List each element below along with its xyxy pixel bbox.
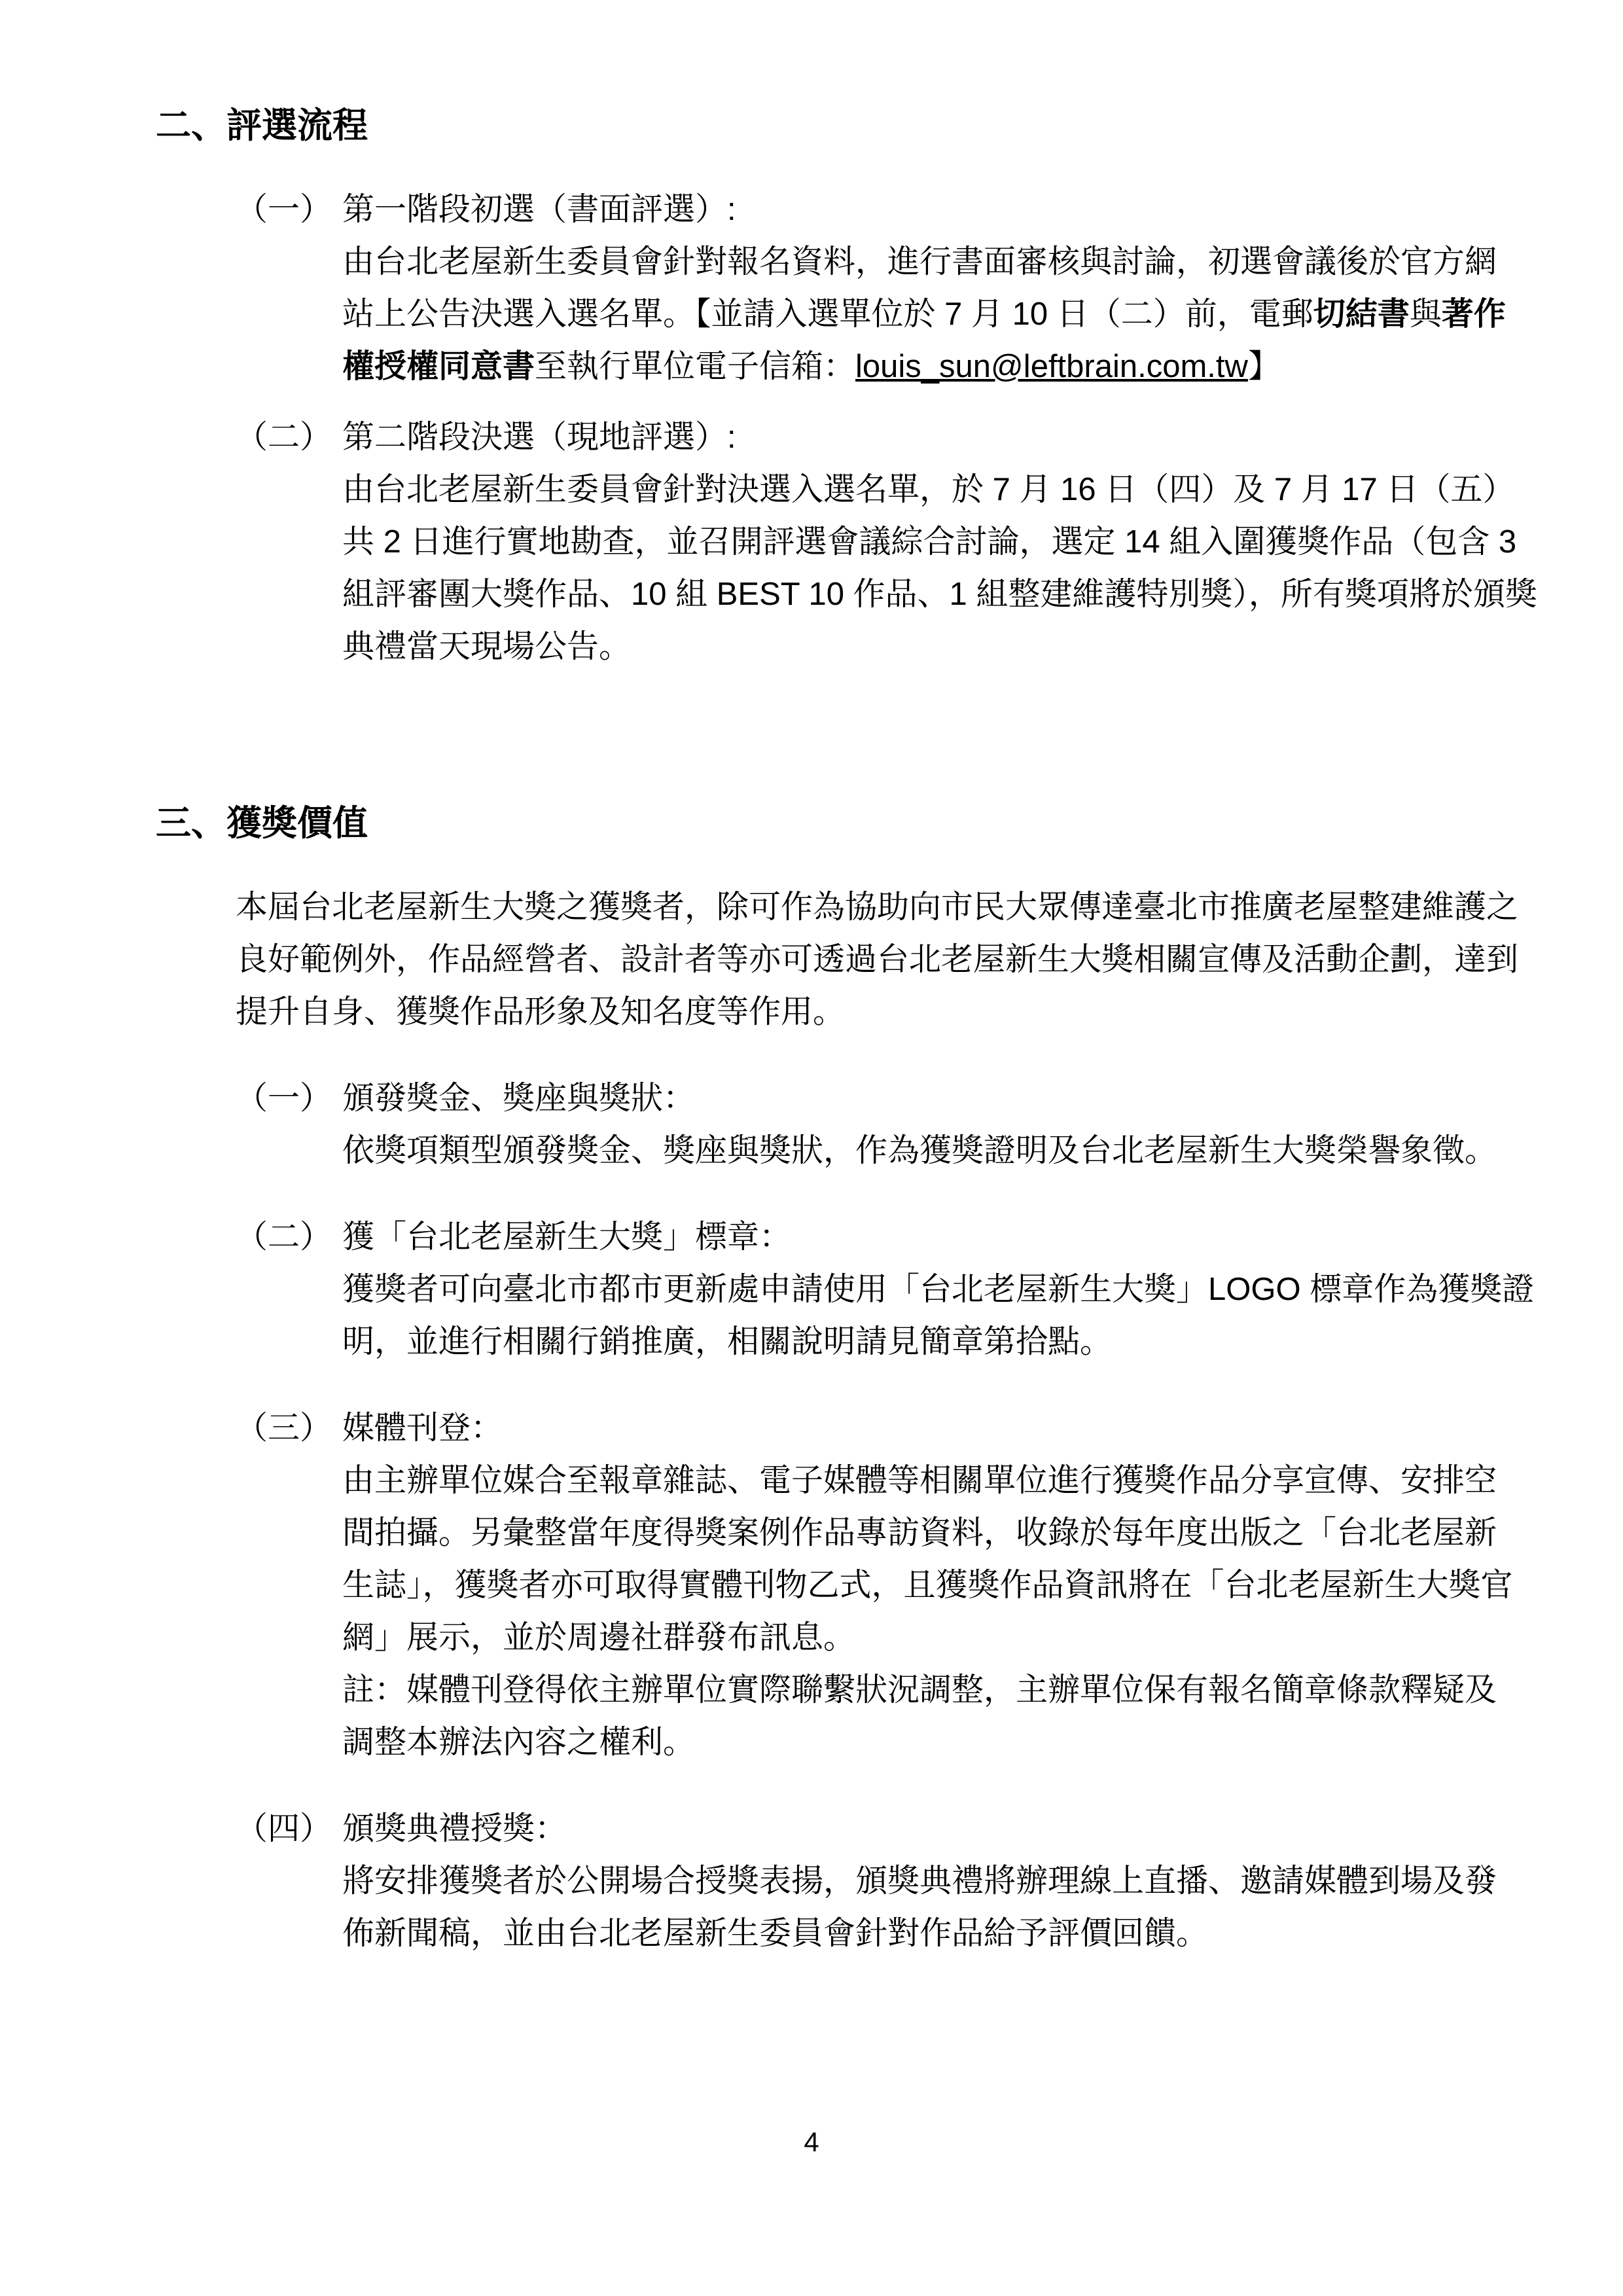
- section-heading-2: 二、評選流程: [156, 99, 1623, 152]
- text-segment-bold: 著作: [1442, 296, 1506, 332]
- text-segment: 】: [1248, 349, 1280, 384]
- text-line: 提升自身、獲獎作品形象及知名度等作用。: [236, 986, 1518, 1038]
- text-line: 依獎項類型頒發獎金、獎座與獎狀，作為獲獎證明及台北老屋新生大獎榮譽象徵。: [342, 1124, 1518, 1177]
- text-line: 良好範例外，作品經營者、設計者等亦可透過台北老屋新生大獎相關宣傳及活動企劃，達到: [236, 933, 1518, 986]
- list-item-marker: （一）: [236, 183, 342, 236]
- list-item-title: 頒獎典禮授獎：: [342, 1811, 567, 1846]
- text-line: 調整本辦法內容之權利。: [342, 1716, 1518, 1768]
- list-item-title: 第二階段決選（現地評選）:: [342, 420, 736, 455]
- text-line: 生誌」，獲獎者亦可取得實體刊物乙式，且獲獎作品資訊將在「台北老屋新生大獎官: [342, 1559, 1518, 1611]
- text-segment: 至執行單位電子信箱：: [535, 349, 855, 384]
- text-line: 本屆台北老屋新生大獎之獲獎者，除可作為協助向市民大眾傳達臺北市推廣老屋整建維護之: [236, 881, 1518, 933]
- text-line: 由台北老屋新生委員會針對決選入選名單，於 7 月 16 日（四）及 7 月 17…: [342, 463, 1518, 516]
- text-line: 站上公告決選入選名單。【並請入選單位於 7 月 10 日（二）前，電郵切結書與著…: [342, 288, 1518, 340]
- list-item-head: （三）媒體刊登：: [0, 1402, 1623, 1454]
- text-line: 明，並進行相關行銷推廣，相關說明請見簡章第拾點。: [342, 1316, 1518, 1368]
- text-line: 組評審團大獎作品、10 組 BEST 10 作品、1 組整建維護特別獎），所有獎…: [342, 568, 1518, 620]
- list-item-head: （二）獲「台北老屋新生大獎」標章：: [0, 1211, 1623, 1263]
- list-item-head: （二）第二階段決選（現地評選）:: [0, 411, 1623, 463]
- list-item-marker: （一）: [236, 1072, 342, 1124]
- text-line: 註：媒體刊登得依主辦單位實際聯繫狀況調整，主辦單位保有報名簡章條款釋疑及: [342, 1664, 1518, 1716]
- page-number: 4: [0, 2127, 1623, 2157]
- text-line: 獲獎者可向臺北市都市更新處申請使用「台北老屋新生大獎」LOGO 標章作為獲獎證: [342, 1263, 1518, 1316]
- text-segment-bold: 權授權同意書: [342, 349, 535, 384]
- list-item-marker: （三）: [236, 1402, 342, 1454]
- document-body: 二、評選流程 （一）第一階段初選（書面評選）: 由台北老屋新生委員會針對報名資料…: [0, 0, 1623, 1960]
- document-page: 二、評選流程 （一）第一階段初選（書面評選）: 由台北老屋新生委員會針對報名資料…: [0, 0, 1623, 2296]
- text-segment: 與: [1410, 296, 1442, 332]
- list-item-head: （一）第一階段初選（書面評選）:: [0, 183, 1623, 236]
- text-line: 將安排獲獎者於公開場合授獎表揚，頒獎典禮將辦理線上直播、邀請媒體到場及發: [342, 1855, 1518, 1907]
- email-link[interactable]: louis_sun@leftbrain.com.tw: [855, 349, 1248, 384]
- text-segment: 站上公告決選入選名單。【並請入選單位於 7 月 10 日（二）前，電郵: [342, 296, 1313, 332]
- list-item-title: 獲「台北老屋新生大獎」標章：: [342, 1219, 791, 1255]
- text-line: 由台北老屋新生委員會針對報名資料，進行書面審核與討論，初選會議後於官方網: [342, 236, 1518, 288]
- text-line: 典禮當天現場公告。: [342, 620, 1518, 673]
- text-line: 權授權同意書至執行單位電子信箱：louis_sun@leftbrain.com.…: [342, 340, 1518, 393]
- text-segment-bold: 切結書: [1313, 296, 1410, 332]
- text-line: 共 2 日進行實地勘查，並召開評選會議綜合討論，選定 14 組入圍獲獎作品（包含…: [342, 516, 1518, 568]
- text-line: 間拍攝。另彙整當年度得獎案例作品專訪資料，收錄於每年度出版之「台北老屋新: [342, 1507, 1518, 1559]
- section-heading-3: 三、獲獎價值: [156, 797, 1623, 850]
- list-item-title: 頒發獎金、獎座與獎狀：: [342, 1081, 695, 1116]
- list-item-marker: （二）: [236, 411, 342, 463]
- list-item-title: 第一階段初選（書面評選）:: [342, 192, 736, 227]
- text-line: 網」展示，並於周邊社群發布訊息。: [342, 1611, 1518, 1664]
- list-item-title: 媒體刊登：: [342, 1410, 503, 1446]
- list-item-head: （四）頒獎典禮授獎：: [0, 1803, 1623, 1855]
- text-line: 佈新聞稿，並由台北老屋新生委員會針對作品給予評價回饋。: [342, 1907, 1518, 1960]
- text-line: 由主辦單位媒合至報章雜誌、電子媒體等相關單位進行獲獎作品分享宣傳、安排空: [342, 1454, 1518, 1507]
- list-item-marker: （二）: [236, 1211, 342, 1263]
- list-item-head: （一）頒發獎金、獎座與獎狀：: [0, 1072, 1623, 1124]
- list-item-marker: （四）: [236, 1803, 342, 1855]
